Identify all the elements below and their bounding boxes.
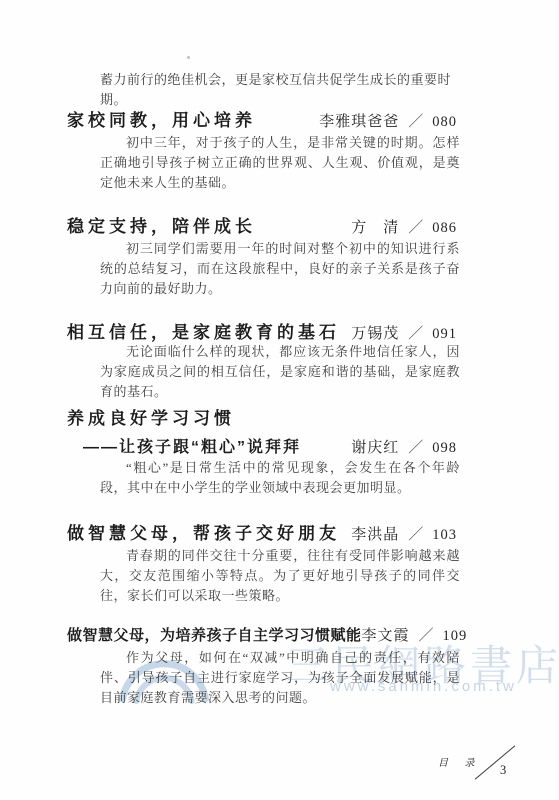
slash-separator: ／ [408, 523, 423, 544]
toc-entry-title-row: 家校同教，用心培养 李雅琪爸爸 ／ 080 [67, 106, 457, 131]
entry-title: 家校同教，用心培养 [67, 106, 256, 131]
slash-separator: ／ [419, 624, 434, 645]
toc-entry-title-row: 养成良好学习习惯 [67, 404, 457, 429]
slash-separator: ／ [408, 322, 423, 343]
entry-summary: 无论面临什么样的现状，都应该无条件地信任家人，因为家庭成员之间的相互信任，是家庭… [100, 342, 460, 402]
slash-separator: ／ [408, 216, 423, 237]
entry-summary: “粗心”是日常生活中的常见现象，会发生在各个年龄段，其中在中小学生的学业领域中表… [100, 458, 460, 498]
entry-author-block: 方 清 ／ 086 [351, 216, 457, 237]
footer-section-label: 目 录 [438, 754, 482, 769]
entry-author-block: 李雅琪爸爸 ／ 080 [319, 110, 457, 131]
entry-author-block: 李文霞 ／ 109 [362, 624, 468, 645]
entry-summary: 作为父母，如何在“双减”中明确自己的责任，有效陪伴、引导孩子自主进行家庭学习，为… [100, 648, 460, 708]
entry-page-number: 109 [443, 628, 468, 645]
entry-author: 方 清 [351, 216, 399, 237]
entry-author: 李文霞 [362, 624, 410, 645]
entry-summary: 青春期的同伴交往十分重要，往往有受同伴影响越来越大，交友范围缩小等特点。为了更好… [100, 546, 460, 606]
slash-separator: ／ [408, 436, 423, 457]
entry-author: 谢庆红 [351, 436, 399, 457]
slash-separator: ／ [408, 110, 423, 131]
toc-entry-title-row: 稳定支持，陪伴成长 方 清 ／ 086 [67, 212, 457, 237]
dust-speck [187, 56, 190, 59]
entry-summary: 初中三年，对于孩子的人生，是非常关键的时期。怎样正确地引导孩子树立正确的世界观、… [100, 133, 460, 193]
intro-paragraph: 蓄力前行的绝佳机会，更是家校互信共促学生成长的重要时期。 [100, 70, 460, 110]
entry-page-number: 103 [432, 527, 457, 544]
footer-page-number: 3 [500, 763, 506, 778]
entry-author: 李洪晶 [351, 523, 399, 544]
entry-title: 稳定支持，陪伴成长 [67, 212, 256, 237]
entry-page-number: 080 [432, 114, 457, 131]
entry-author-block: 李洪晶 ／ 103 [351, 523, 457, 544]
entry-title: 相互信任，是家庭教育的基石 [67, 318, 340, 343]
toc-entry-subtitle-row: ——让孩子跟“粗心”说拜拜 谢庆红 ／ 098 [83, 434, 457, 457]
entry-page-number: 086 [432, 220, 457, 237]
entry-author-block: 谢庆红 ／ 098 [351, 436, 457, 457]
entry-subtitle: ——让孩子跟“粗心”说拜拜 [83, 434, 301, 457]
toc-entry-title-row: 做智慧父母，帮孩子交好朋友 李洪晶 ／ 103 [67, 519, 457, 544]
toc-page: 三民網路書店 www.sanmin.com.tw 蓄力前行的绝佳机会，更是家校互… [0, 0, 559, 800]
entry-summary: 初三同学们需要用一年的时间对整个初中的知识进行系统的总结复习，而在这段旅程中，良… [100, 239, 460, 299]
entry-title: 养成良好学习习惯 [67, 404, 235, 429]
entry-author: 李雅琪爸爸 [319, 110, 399, 131]
entry-author: 万锡茂 [351, 322, 399, 343]
entry-author-block: 万锡茂 ／ 091 [351, 322, 457, 343]
entry-page-number: 091 [432, 326, 457, 343]
entry-title: 做智慧父母，为培养孩子自主学习习惯赋能 [67, 624, 362, 645]
entry-page-number: 098 [432, 440, 457, 457]
entry-title: 做智慧父母，帮孩子交好朋友 [67, 519, 340, 544]
toc-entry-title-row: 做智慧父母，为培养孩子自主学习习惯赋能 李文霞 ／ 109 [67, 624, 457, 645]
toc-entry-title-row: 相互信任，是家庭教育的基石 万锡茂 ／ 091 [67, 318, 457, 343]
